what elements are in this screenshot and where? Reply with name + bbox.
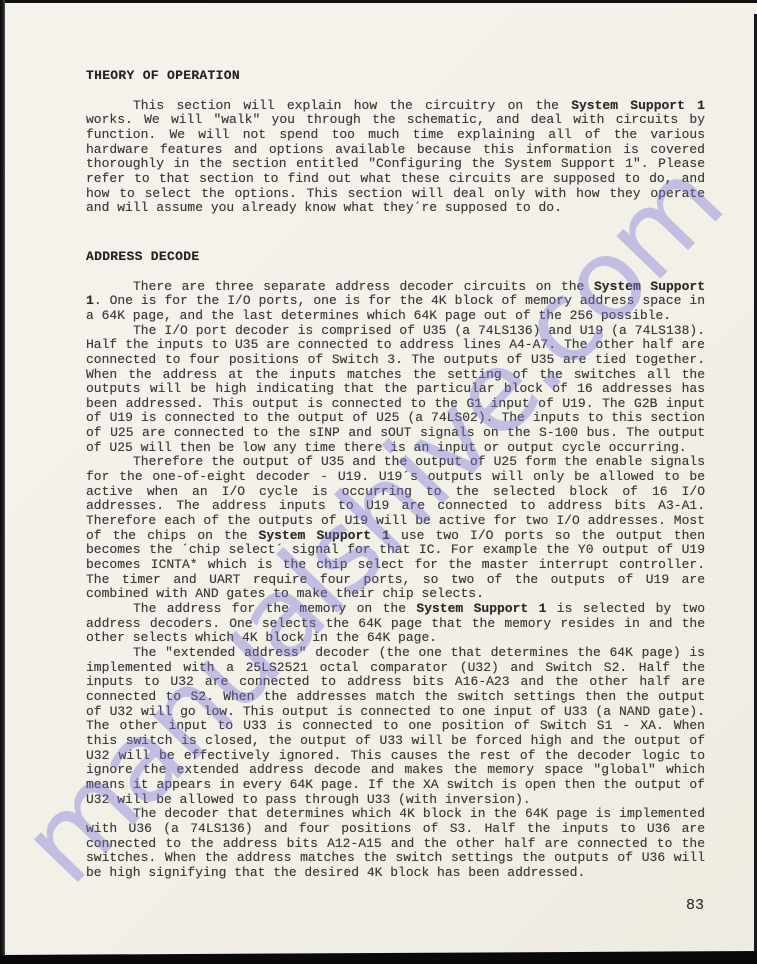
paragraph: The decoder that determines which 4K blo… <box>86 807 705 880</box>
section-address-decode: ADDRESS DECODE There are three separate … <box>86 250 705 881</box>
paragraph: There are three separate address decoder… <box>86 280 705 324</box>
section-body: This section will explain how the circui… <box>86 99 705 216</box>
paragraph: The address for the memory on the System… <box>86 602 705 646</box>
section-heading-theory-of-operation: THEORY OF OPERATION <box>86 69 705 84</box>
paragraph: This section will explain how the circui… <box>86 99 705 216</box>
paragraph: The "extended address" decoder (the one … <box>86 646 705 807</box>
section-body: There are three separate address decoder… <box>86 280 705 881</box>
paragraph: The I/O port decoder is comprised of U35… <box>86 324 705 456</box>
scan-edge-left <box>0 0 5 964</box>
page-number: 83 <box>686 897 704 914</box>
scanned-manual-page: { "page": { "number": "83", "watermark_t… <box>0 0 757 964</box>
scan-edge-top <box>0 0 757 3</box>
section-heading-address-decode: ADDRESS DECODE <box>86 250 705 265</box>
document-content: THEORY OF OPERATION This section will ex… <box>86 69 705 880</box>
scan-edge-bottom <box>0 951 757 964</box>
paragraph: Therefore the output of U35 and the outp… <box>86 455 705 602</box>
section-theory-of-operation: THEORY OF OPERATION This section will ex… <box>86 69 705 216</box>
